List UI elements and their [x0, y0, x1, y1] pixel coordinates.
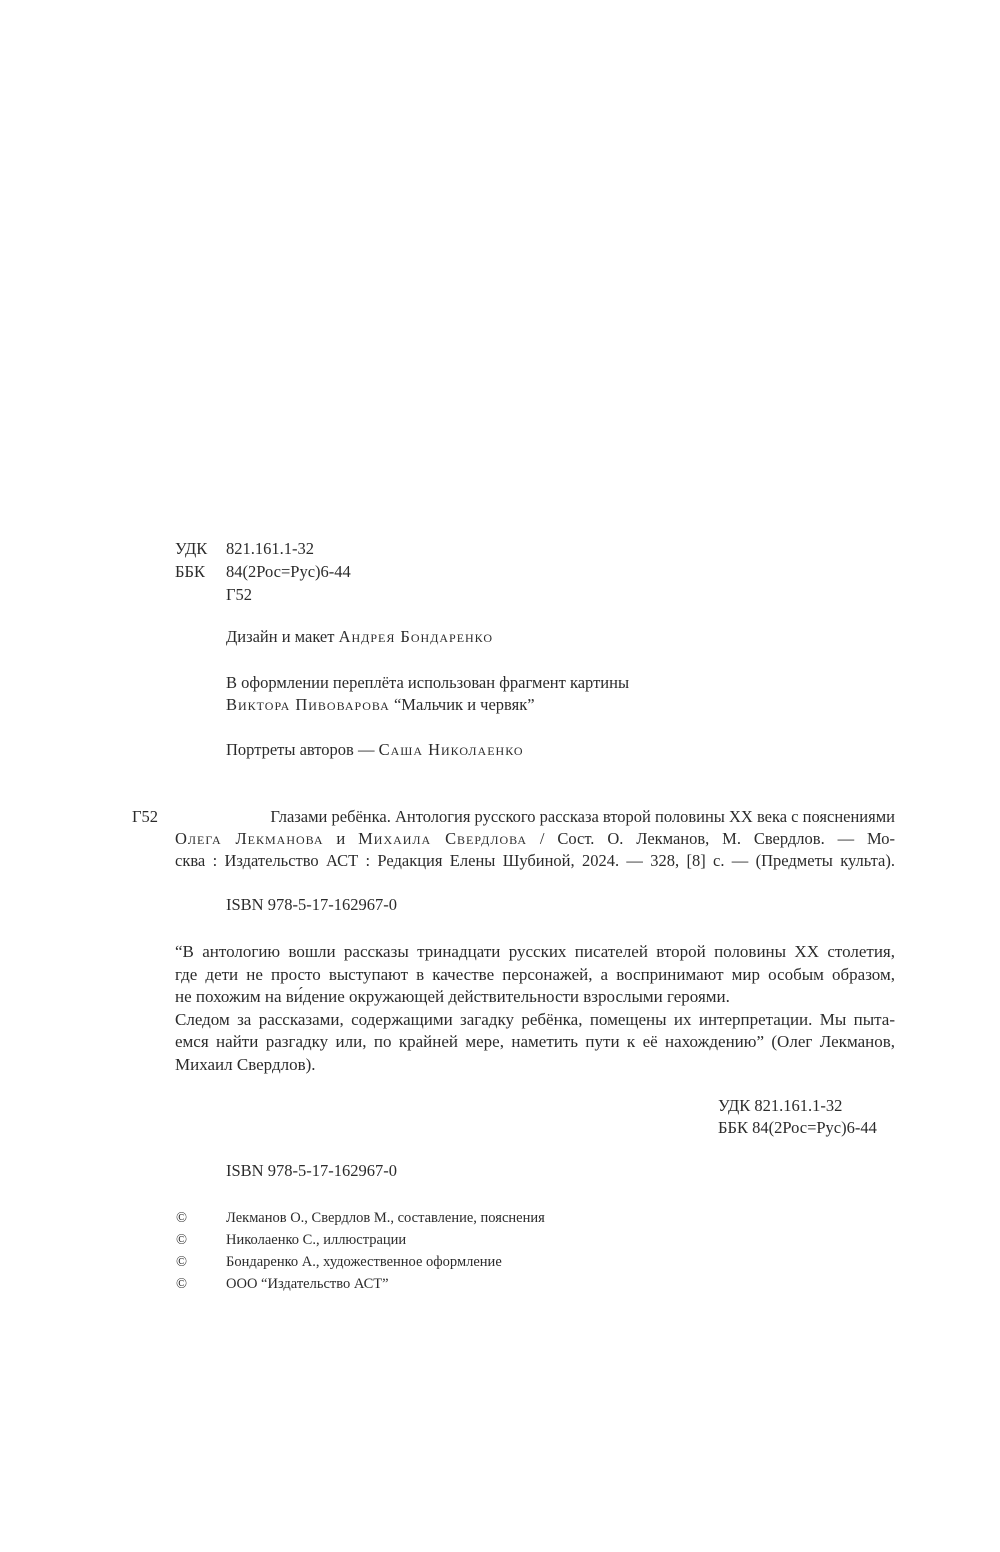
copyright-icon: © [176, 1207, 187, 1229]
author-sign-top: Г52 [226, 584, 252, 606]
bib-line-3: сква : Издательство АСТ : Редакция Елены… [175, 850, 895, 872]
bibliographic-record: Глазами ребёнка. Антология русского расс… [175, 806, 895, 872]
annotation-line: где дети не просто выступают в качестве … [175, 964, 895, 987]
udk-value: 821.161.1-32 [226, 539, 314, 558]
cover-title: “Мальчик и червяк” [390, 695, 535, 714]
udk-right: УДК 821.161.1-32 [718, 1095, 842, 1117]
bib-author-2: Михаила Свердлова [358, 829, 527, 848]
portraits-prefix: Портреты авторов — [226, 740, 379, 759]
annotation-line: Следом за рассказами, содержащими загадк… [175, 1009, 895, 1032]
copyright-text: ООО “Издательство АСТ” [226, 1273, 389, 1295]
bbk-right: ББК 84(2Рос=Рус)6-44 [718, 1117, 877, 1139]
bib-line-2: Олега Лекманова и Михаила Свердлова / Со… [175, 828, 895, 850]
bib-line-1: Глазами ребёнка. Антология русского расс… [175, 806, 895, 828]
cover-artist: Виктора Пивоварова [226, 695, 390, 714]
cover-credit-line2: Виктора Пивоварова “Мальчик и червяк” [226, 694, 535, 716]
portraits-name: Саша Николаенко [379, 740, 524, 759]
annotation-line: не похожим на ви́дение окружающей действ… [175, 986, 895, 1009]
copyright-text: Николаенко С., иллюстрации [226, 1229, 406, 1251]
bbk-label: ББК [175, 561, 226, 583]
portraits-credit: Портреты авторов — Саша Николаенко [226, 739, 524, 761]
annotation-line: Михаил Свердлов). [175, 1054, 895, 1077]
copyright-icon: © [176, 1273, 187, 1295]
udk-row: УДК821.161.1-32 [175, 538, 314, 560]
design-prefix: Дизайн и макет [226, 627, 334, 646]
bbk-value: 84(2Рос=Рус)6-44 [226, 562, 351, 581]
annotation-line: “В антологию вошли рассказы тринадцати р… [175, 941, 895, 964]
author-sign: Г52 [132, 806, 158, 828]
copyright-icon: © [176, 1251, 187, 1273]
annotation-line: емся найти разгадку или, по крайней мере… [175, 1031, 895, 1054]
design-credit: Дизайн и макет Андрея Бондаренко [226, 626, 493, 648]
udk-label: УДК [175, 538, 226, 560]
copyright-text: Бондаренко А., художественное оформление [226, 1251, 502, 1273]
cover-credit-line1: В оформлении переплёта использован фрагм… [226, 672, 629, 694]
design-name: Андрея Бондаренко [339, 627, 493, 646]
annotation: “В антологию вошли рассказы тринадцати р… [175, 941, 895, 1076]
bbk-row: ББК84(2Рос=Рус)6-44 [175, 561, 351, 583]
copyright-text: Лекманов О., Свердлов М., составление, п… [226, 1207, 545, 1229]
isbn-bottom: ISBN 978-5-17-162967-0 [226, 1160, 397, 1182]
copyright-icon: © [176, 1229, 187, 1251]
isbn-top: ISBN 978-5-17-162967-0 [226, 894, 397, 916]
bib-author-1: Олега Лекманова [175, 829, 324, 848]
